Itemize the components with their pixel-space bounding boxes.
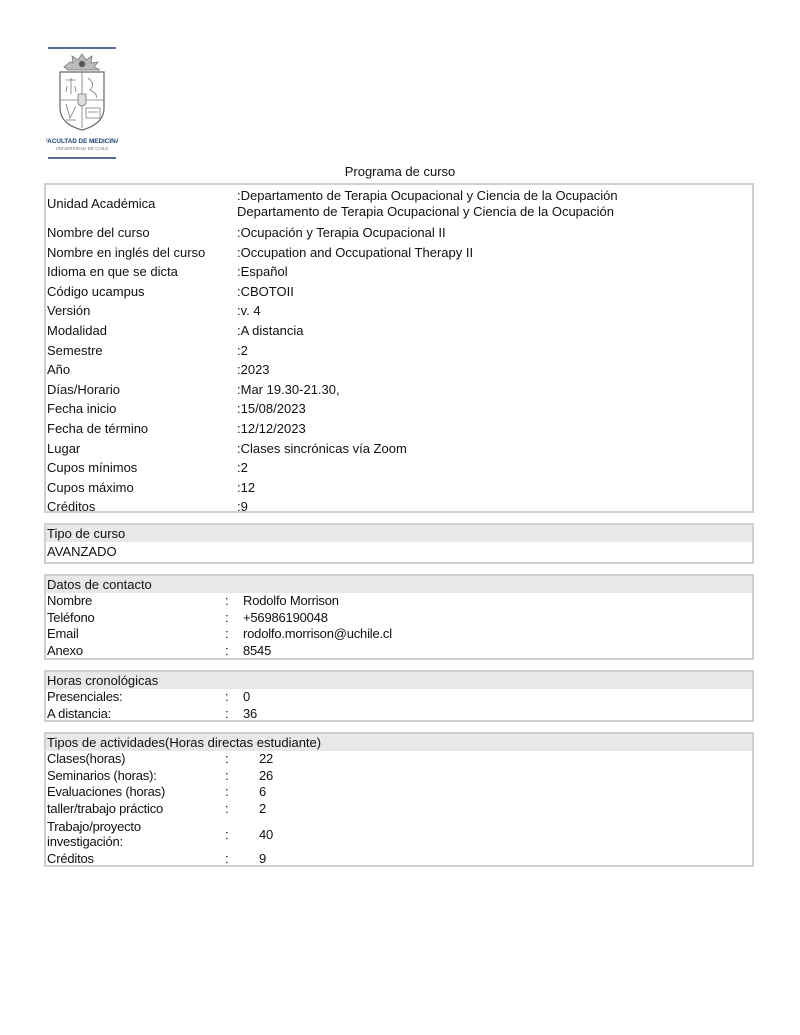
info-row: Versión:v. 4 — [46, 301, 752, 321]
field-value: rodolfo.morrison@uchile.cl — [243, 626, 752, 643]
info-row: Evaluaciones (horas):6 — [47, 784, 752, 801]
field-label: Nombre en inglés del curso — [46, 243, 237, 263]
info-row: A distancia::36 — [47, 706, 752, 723]
info-row: Nombre del curso:Ocupación y Terapia Ocu… — [46, 223, 752, 243]
field-value: :2023 — [237, 360, 752, 380]
field-label: taller/trabajo práctico — [47, 801, 225, 818]
field-value: :Departamento de Terapia Ocupacional y C… — [237, 188, 752, 220]
info-row: Idioma en que se dicta:Español — [46, 262, 752, 282]
info-row: Lugar:Clases sincrónicas vía Zoom — [46, 439, 752, 459]
separator: : — [225, 827, 259, 842]
field-label: Email — [47, 626, 225, 643]
info-row: Fecha inicio:15/08/2023 — [46, 399, 752, 419]
info-row: Email:rodolfo.morrison@uchile.cl — [47, 626, 752, 643]
info-row: Créditos:9 — [47, 851, 752, 868]
info-row: Fecha de término:12/12/2023 — [46, 419, 752, 439]
field-value: :Occupation and Occupational Therapy II — [237, 243, 752, 263]
field-value: :12 — [237, 478, 752, 498]
info-row: Teléfono:+56986190048 — [47, 610, 752, 627]
info-row: taller/trabajo práctico:2 — [47, 801, 752, 818]
svg-text:FACULTAD DE MEDICINA: FACULTAD DE MEDICINA — [46, 138, 118, 145]
field-label: Fecha inicio — [46, 399, 237, 419]
field-label: Lugar — [46, 439, 237, 459]
field-label: Trabajo/proyecto investigación: — [47, 819, 197, 849]
field-label: Idioma en que se dicta — [46, 262, 237, 282]
info-row: Nombre en inglés del curso:Occupation an… — [46, 243, 752, 263]
field-label: A distancia: — [47, 706, 225, 723]
separator: : — [225, 751, 259, 768]
field-value: :12/12/2023 — [237, 419, 752, 439]
hours-section: Horas cronológicas Presenciales::0A dist… — [44, 670, 754, 722]
info-row: Seminarios (horas)::26 — [47, 768, 752, 785]
field-label: Semestre — [46, 341, 237, 361]
field-label: Teléfono — [47, 610, 225, 627]
field-value: :v. 4 — [237, 301, 752, 321]
field-label: Nombre del curso — [46, 223, 237, 243]
document-title: Programa de curso — [0, 164, 800, 179]
section-header: Tipo de curso — [46, 525, 752, 542]
field-label: Evaluaciones (horas) — [47, 784, 225, 801]
field-label: Cupos máximo — [46, 478, 237, 498]
separator: : — [225, 706, 243, 723]
info-row: Semestre:2 — [46, 341, 752, 361]
section-header: Tipos de actividades(Horas directas estu… — [46, 734, 752, 751]
field-value: :A distancia — [237, 321, 752, 341]
info-row: Código ucampus:CBOTOII — [46, 282, 752, 302]
info-row: Anexo:8545 — [47, 643, 752, 660]
row-unidad-academica: Unidad Académica :Departamento de Terapi… — [46, 185, 752, 223]
field-value: :9 — [237, 497, 752, 517]
field-label: Anexo — [47, 643, 225, 660]
field-value: 0 — [243, 689, 752, 706]
university-crest-icon: FACULTAD DE MEDICINA UNIVERSIDAD DE CHIL… — [46, 46, 118, 160]
info-row: Año:2023 — [46, 360, 752, 380]
field-value: :Español — [237, 262, 752, 282]
course-type-value: AVANZADO — [46, 542, 752, 562]
field-value: 40 — [259, 827, 752, 842]
course-type-section: Tipo de curso AVANZADO — [44, 523, 754, 564]
separator: : — [225, 593, 243, 610]
section-header: Datos de contacto — [46, 576, 752, 593]
field-label: Clases(horas) — [47, 751, 225, 768]
field-value: 6 — [259, 784, 752, 801]
field-label: Días/Horario — [46, 380, 237, 400]
separator: : — [225, 851, 259, 868]
separator: : — [225, 643, 243, 660]
separator: : — [225, 689, 243, 706]
info-row: Cupos máximo:12 — [46, 478, 752, 498]
info-row: Créditos:9 — [46, 497, 752, 517]
field-value: 2 — [259, 801, 752, 818]
separator: : — [225, 626, 243, 643]
field-value: :Ocupación y Terapia Ocupacional II — [237, 223, 752, 243]
field-label: Modalidad — [46, 321, 237, 341]
field-value: +56986190048 — [243, 610, 752, 627]
field-label: Año — [46, 360, 237, 380]
field-label: Código ucampus — [46, 282, 237, 302]
info-row: Clases(horas):22 — [47, 751, 752, 768]
faculty-logo: FACULTAD DE MEDICINA UNIVERSIDAD DE CHIL… — [46, 46, 118, 160]
info-row: Presenciales::0 — [47, 689, 752, 706]
info-row: Cupos mínimos:2 — [46, 458, 752, 478]
separator: : — [225, 768, 259, 785]
field-label: Unidad Académica — [46, 196, 237, 212]
separator: : — [225, 784, 259, 801]
info-row: Trabajo/proyecto investigación::40 — [47, 817, 752, 851]
separator: : — [225, 801, 259, 818]
svg-text:UNIVERSIDAD DE CHILE: UNIVERSIDAD DE CHILE — [56, 146, 109, 151]
field-value: 9 — [259, 851, 752, 868]
field-value: 22 — [259, 751, 752, 768]
info-row: Modalidad:A distancia — [46, 321, 752, 341]
field-label: Seminarios (horas): — [47, 768, 225, 785]
field-value: :Clases sincrónicas vía Zoom — [237, 439, 752, 459]
field-label: Créditos — [46, 497, 237, 517]
field-value: :Mar 19.30-21.30, — [237, 380, 752, 400]
field-label: Nombre — [47, 593, 225, 610]
info-row: Nombre:Rodolfo Morrison — [47, 593, 752, 610]
field-label: Presenciales: — [47, 689, 225, 706]
course-info-table: Unidad Académica :Departamento de Terapi… — [44, 183, 754, 513]
separator: : — [225, 610, 243, 627]
activities-section: Tipos de actividades(Horas directas estu… — [44, 732, 754, 867]
field-value: Rodolfo Morrison — [243, 593, 752, 610]
field-label: Fecha de término — [46, 419, 237, 439]
field-value: :2 — [237, 341, 752, 361]
section-header: Horas cronológicas — [46, 672, 752, 689]
field-label: Cupos mínimos — [46, 458, 237, 478]
field-label: Versión — [46, 301, 237, 321]
field-label: Créditos — [47, 851, 225, 868]
field-value: :CBOTOII — [237, 282, 752, 302]
field-value: 26 — [259, 768, 752, 785]
info-row: Días/Horario:Mar 19.30-21.30, — [46, 380, 752, 400]
field-value: :15/08/2023 — [237, 399, 752, 419]
field-value: 8545 — [243, 643, 752, 660]
contact-section: Datos de contacto Nombre:Rodolfo Morriso… — [44, 574, 754, 660]
field-value: 36 — [243, 706, 752, 723]
field-value: :2 — [237, 458, 752, 478]
